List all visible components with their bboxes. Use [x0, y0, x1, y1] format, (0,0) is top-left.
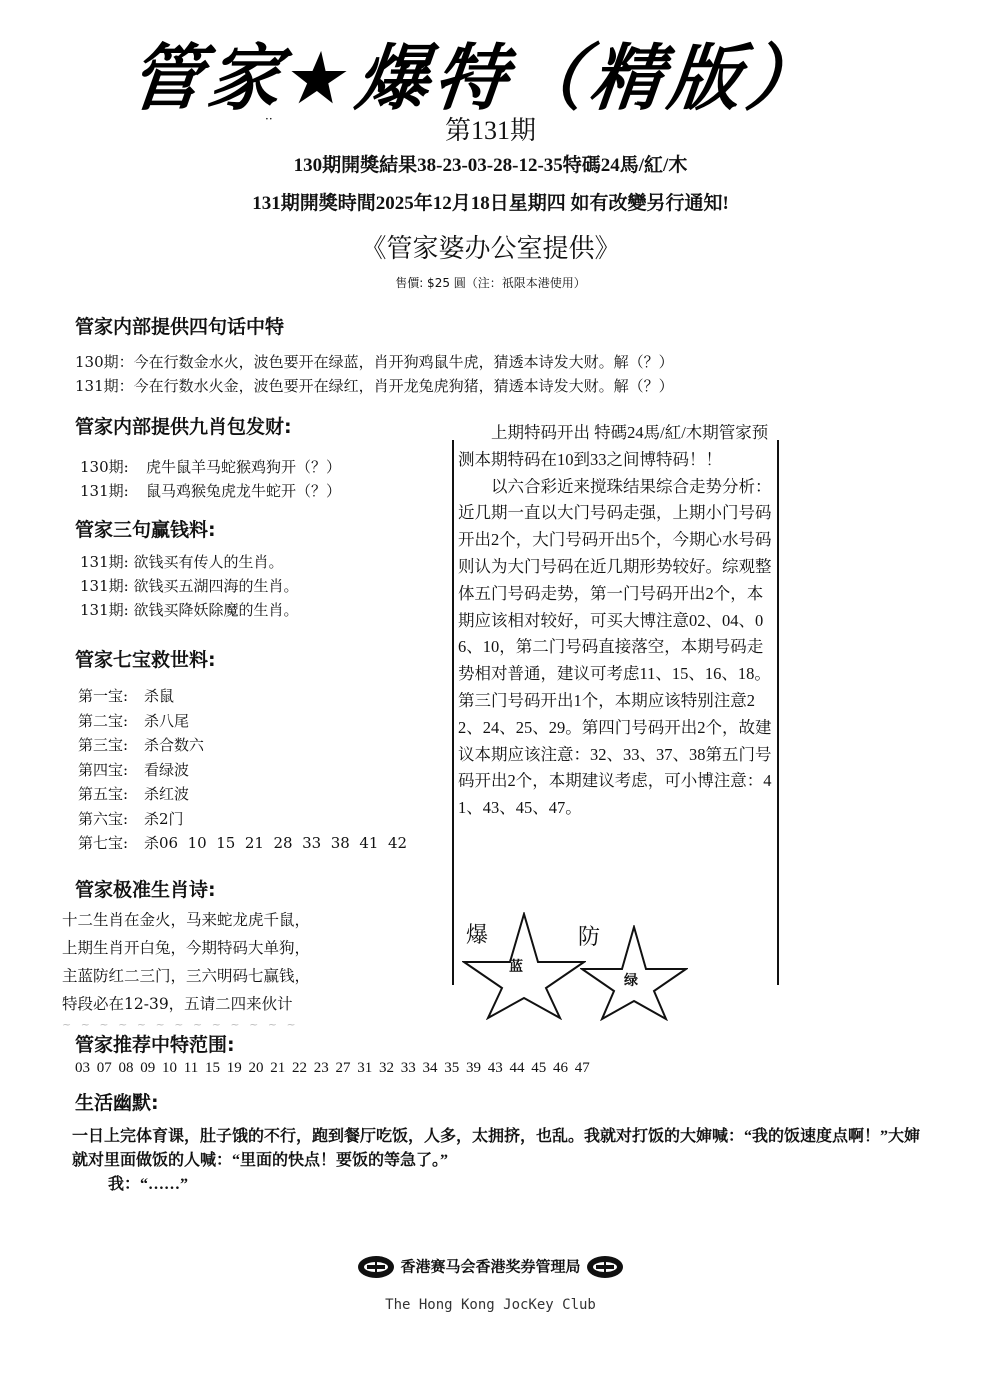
price-label: 售價: $25 圓（注：祇限本港使用）: [0, 274, 981, 291]
recommended-range-heading: 管家推荐中特范围:: [75, 1030, 235, 1057]
treasure-value: 杀06 10 15 21 28 33 38 41 42: [144, 834, 407, 852]
poem-line: 上期生肖开白兔，今期特码大单狗，: [62, 934, 310, 962]
three-sentences-list: 131期: 欲钱买有传人的生肖。 131期: 欲钱买五湖四海的生肖。 131期:…: [80, 550, 298, 622]
treasure-label: 第六宝:: [78, 807, 144, 832]
four-sentences-heading: 管家内部提供四句话中特: [75, 312, 284, 339]
seven-treasures-list: 第一宝:杀鼠 第二宝:杀八尾 第三宝:杀合数六 第四宝:看绿波 第五宝:杀红波 …: [78, 684, 407, 856]
list-item: 第三宝:杀合数六: [78, 733, 407, 758]
four-sentences-list: 130期：今在行数金水火，波色要开在绿蓝，肖开狗鸡鼠牛虎，猜透本诗发大财。解（？…: [75, 350, 674, 398]
treasure-value: 杀鼠: [144, 687, 174, 705]
jockey-club-logo-icon: [357, 1255, 395, 1279]
poem-line: 十二生肖在金火，马来蛇龙虎千鼠，: [62, 906, 310, 934]
star-inner-label: 绿: [624, 970, 638, 990]
list-item: 131期: 欲钱买降妖除魔的生肖。: [80, 598, 298, 622]
humor-heading: 生活幽默:: [75, 1088, 159, 1115]
humor-ending: 我：“……”: [72, 1173, 932, 1197]
seven-treasures-heading: 管家七宝救世料:: [75, 645, 216, 672]
draw-time-notice: 131期開獎時間2025年12月18日星期四 如有改變另行通知!: [0, 188, 981, 215]
treasure-label: 第三宝:: [78, 733, 144, 758]
treasure-label: 第七宝:: [78, 831, 144, 856]
treasure-value: 杀2门: [144, 810, 184, 828]
last-draw-result: 130期開獎結果38-23-03-28-12-35特碼24馬/紅/木: [0, 150, 981, 177]
jockey-club-logo-icon: [586, 1255, 624, 1279]
poem-line: 特段必在12-39，五请二四来伙计: [62, 990, 310, 1018]
recommended-numbers: 03 07 08 09 10 11 15 19 20 21 22 23 27 3…: [75, 1060, 590, 1077]
issue-number: 第131期: [0, 110, 981, 147]
humor-paragraph: 一日上完体育课，肚子饿的不行，跑到餐厅吃饭，人多，太拥挤，也乱。我就对打饭的大婶…: [72, 1125, 932, 1173]
footer-chinese-name: 香港赛马会香港奖券管理局: [400, 1258, 580, 1276]
provider-label: 《管家婆办公室提供》: [0, 228, 981, 265]
footer-english-name: The Hong Kong JocKey Club: [0, 1297, 981, 1313]
three-sentences-heading: 管家三句赢钱料:: [75, 515, 216, 542]
humor-text: 一日上完体育课，肚子饿的不行，跑到餐厅吃饭，人多，太拥挤，也乱。我就对打饭的大婶…: [72, 1125, 932, 1197]
list-item: 第七宝:杀06 10 15 21 28 33 38 41 42: [78, 831, 407, 856]
period-label: 131期:: [80, 479, 146, 503]
list-item: 第五宝:杀红波: [78, 782, 407, 807]
nine-zodiac-list: 130期:虎牛鼠羊马蛇猴鸡狗开（？） 131期:鼠马鸡猴兔虎龙牛蛇开（？）: [80, 455, 341, 503]
list-item: 130期：今在行数金水火，波色要开在绿蓝，肖开狗鸡鼠牛虎，猜透本诗发大财。解（？…: [75, 350, 674, 374]
zodiac-value: 鼠马鸡猴兔虎龙牛蛇开（？）: [146, 482, 341, 500]
analysis-paragraph: 上期特码开出 特碼24馬/紅/木期管家预测本期特码在10到33之间博特码！！: [458, 420, 776, 474]
list-item: 第二宝:杀八尾: [78, 709, 407, 734]
period-label: 130期:: [80, 455, 146, 479]
zodiac-poem-heading: 管家极准生肖诗:: [75, 875, 216, 902]
list-item: 第四宝:看绿波: [78, 758, 407, 783]
treasure-label: 第一宝:: [78, 684, 144, 709]
list-item: 第一宝:杀鼠: [78, 684, 407, 709]
nine-zodiac-heading: 管家内部提供九肖包发财:: [75, 412, 292, 439]
list-item: 第六宝:杀2门: [78, 807, 407, 832]
treasure-value: 杀红波: [144, 785, 189, 803]
list-item: 131期: 欲钱买五湖四海的生肖。: [80, 574, 298, 598]
list-item: 130期:虎牛鼠羊马蛇猴鸡狗开（？）: [80, 455, 341, 479]
list-item: 131期：今在行数水火金，波色要开在绿红，肖开龙兔虎狗猪，猜透本诗发大财。解（？…: [75, 374, 674, 398]
zodiac-value: 虎牛鼠羊马蛇猴鸡狗开（？）: [146, 458, 341, 476]
zodiac-poem: 十二生肖在金火，马来蛇龙虎千鼠， 上期生肖开白兔，今期特码大单狗， 主蓝防红二三…: [62, 906, 310, 1032]
list-item: 131期: 欲钱买有传人的生肖。: [80, 550, 298, 574]
treasure-value: 看绿波: [144, 761, 189, 779]
footer-organization: 香港赛马会香港奖券管理局: [0, 1255, 981, 1279]
treasure-label: 第五宝:: [78, 782, 144, 807]
poem-line: 主蓝防红二三门，三六明码七赢钱，: [62, 962, 310, 990]
star-icon: [462, 912, 586, 1020]
treasure-label: 第四宝:: [78, 758, 144, 783]
analysis-box-text: 上期特码开出 特碼24馬/紅/木期管家预测本期特码在10到33之间博特码！！ 以…: [458, 420, 776, 822]
star-inner-label: 蓝: [509, 956, 523, 976]
treasure-value: 杀八尾: [144, 712, 189, 730]
treasure-value: 杀合数六: [144, 736, 204, 754]
list-item: 131期:鼠马鸡猴兔虎龙牛蛇开（？）: [80, 479, 341, 503]
treasure-label: 第二宝:: [78, 709, 144, 734]
analysis-paragraph: 以六合彩近来搅珠结果综合走势分析：近几期一直以大门号码走强，上期小门号码开出2个…: [458, 474, 776, 822]
